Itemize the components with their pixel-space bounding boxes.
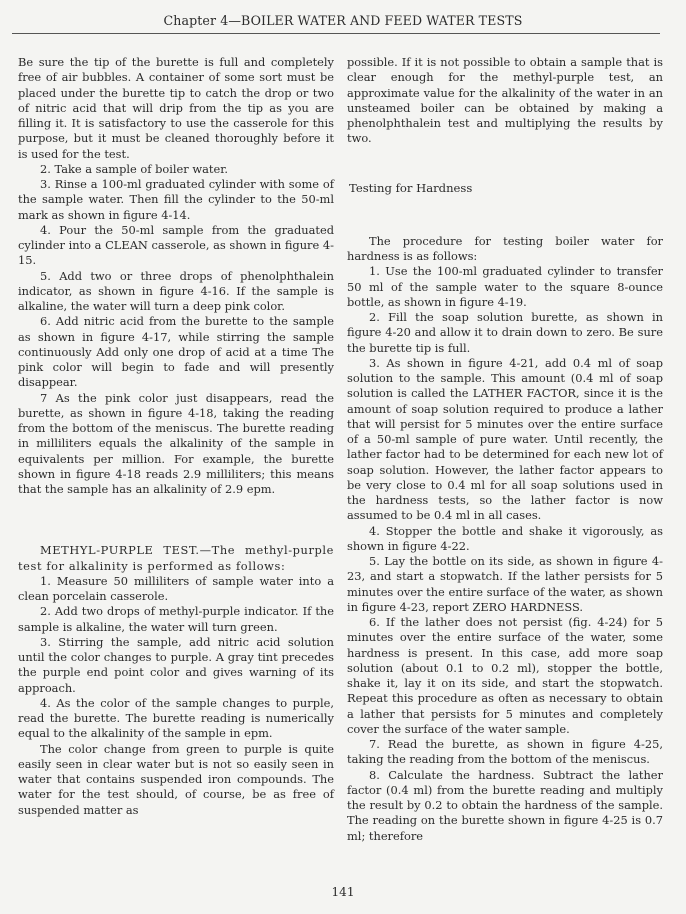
step-paragraph: 4. Pour the 50-ml sample from the gradua…	[18, 223, 334, 269]
paragraph: Be sure the tip of the burette is full a…	[18, 55, 334, 162]
left-column: Be sure the tip of the burette is full a…	[18, 55, 334, 818]
step-paragraph: 2. Take a sample of boiler water.	[18, 162, 334, 177]
step-paragraph: 6. Add nitric acid from the burette to t…	[18, 314, 334, 390]
chapter-header: Chapter 4—BOILER WATER AND FEED WATER TE…	[0, 13, 686, 28]
step-paragraph: 3. Stirring the sample, add nitric acid …	[18, 635, 334, 696]
step-paragraph: 1. Measure 50 milliliters of sample wate…	[18, 574, 334, 605]
step-paragraph: 1. Use the 100-ml graduated cylinder to …	[347, 264, 663, 310]
step-paragraph: 7 As the pink color just disappears, rea…	[18, 391, 334, 498]
paragraph: The procedure for testing boiler water f…	[347, 234, 663, 265]
step-paragraph: 2. Add two drops of methyl-purple indica…	[18, 604, 334, 635]
paragraph: The color change from green to purple is…	[18, 742, 334, 818]
section-heading-hardness: Testing for Hardness	[349, 181, 663, 196]
step-paragraph: 5. Add two or three drops of phenolphtha…	[18, 269, 334, 315]
step-paragraph: 2. Fill the soap solution burette, as sh…	[347, 310, 663, 356]
step-paragraph: 4. Stopper the bottle and shake it vigor…	[347, 524, 663, 555]
step-paragraph: 3. As shown in figure 4-21, add 0.4 ml o…	[347, 356, 663, 524]
page-number: 141	[0, 885, 686, 899]
step-paragraph: 4. As the color of the sample changes to…	[18, 696, 334, 742]
continued-paragraph: possible. If it is not possible to obtai…	[347, 55, 663, 147]
step-paragraph: 5. Lay the bottle on its side, as shown …	[347, 554, 663, 615]
step-paragraph: 6. If the lather does not persist (fig. …	[347, 615, 663, 737]
step-paragraph: 8. Calculate the hardness. Subtract the …	[347, 768, 663, 844]
methyl-purple-test-intro: METHYL-PURPLE TEST.—The methyl-purple te…	[18, 543, 334, 574]
header-rule	[12, 33, 660, 34]
step-paragraph: 3. Rinse a 100-ml graduated cylinder wit…	[18, 177, 334, 223]
step-paragraph: 7. Read the burette, as shown in figure …	[347, 737, 663, 768]
right-column: possible. If it is not possible to obtai…	[347, 55, 663, 844]
